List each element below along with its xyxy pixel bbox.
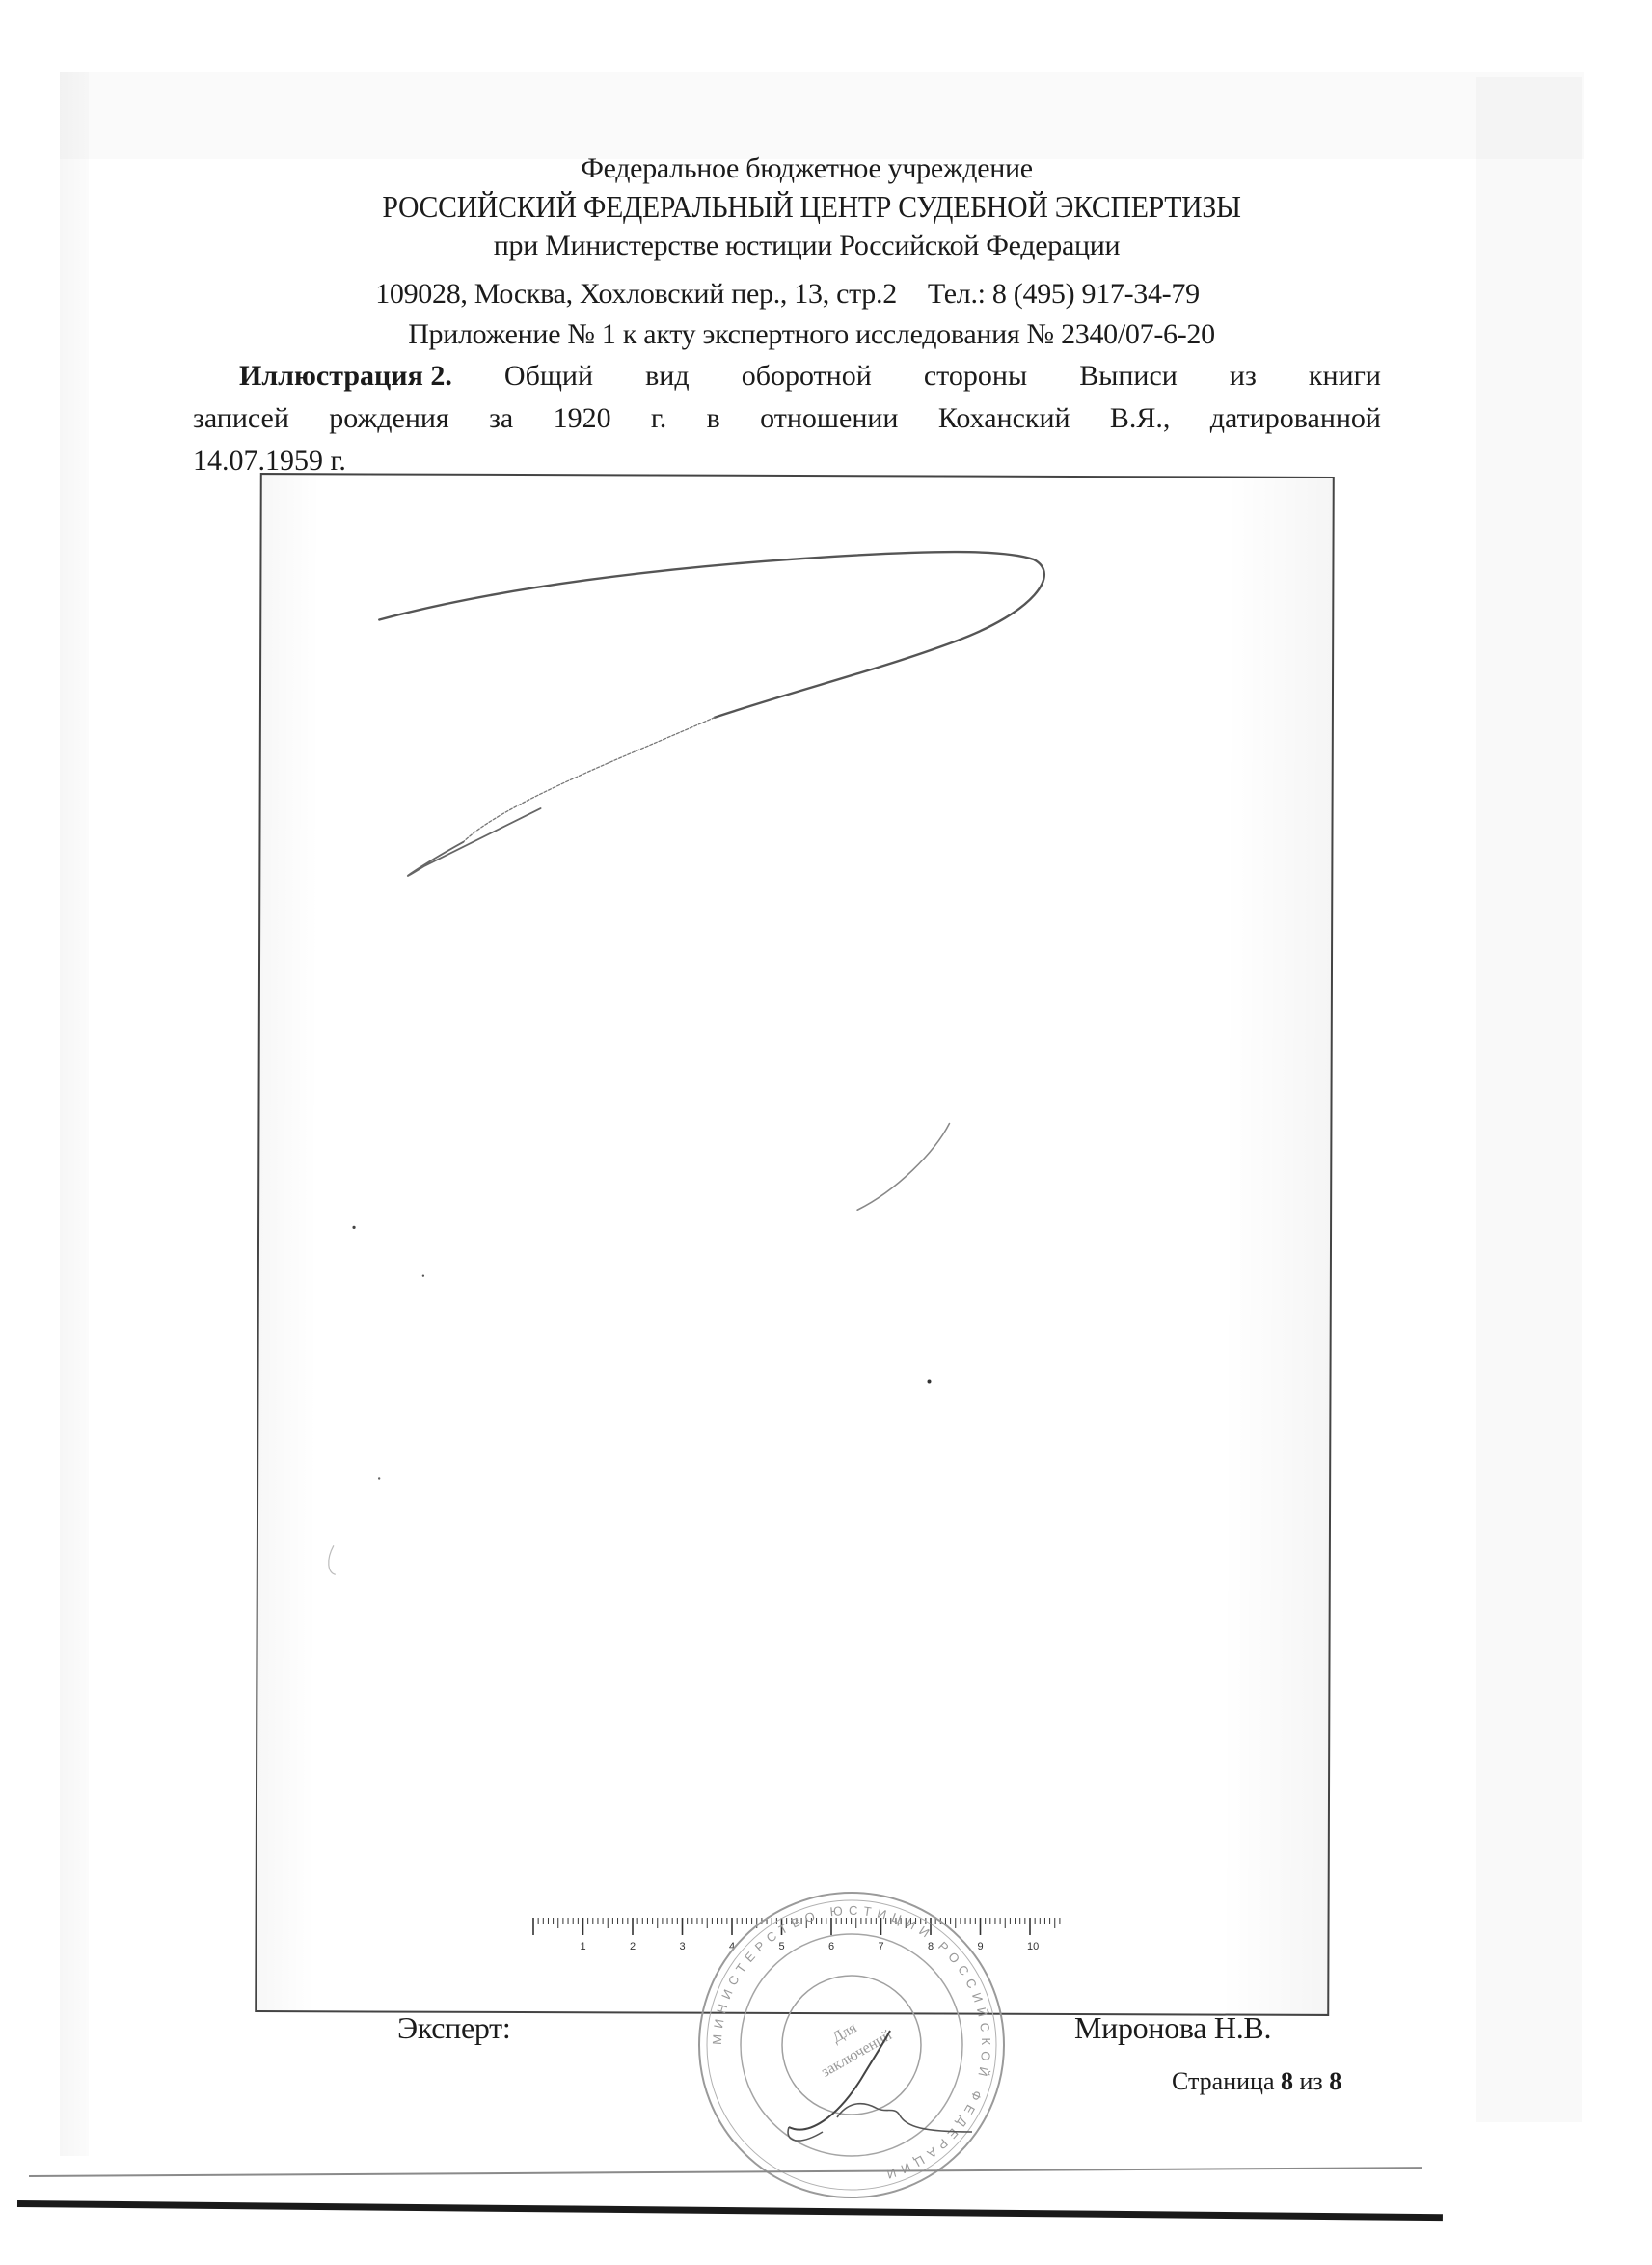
- ministry-line: при Министерстве юстиции Российской Феде…: [0, 230, 1633, 262]
- caption-word: Общий: [504, 355, 593, 397]
- caption-word: отношении: [760, 397, 898, 440]
- phone: Тел.: 8 (495) 917-34-79: [928, 278, 1200, 310]
- expert-name: Миронова Н.В.: [1074, 2010, 1271, 2046]
- ruler-label: 2: [630, 1941, 636, 1952]
- caption-line-2: записейрожденияза1920г.вотношенииКоханск…: [193, 397, 1381, 440]
- caption-word: в: [707, 397, 720, 440]
- caption-word: г.: [651, 397, 666, 440]
- svg-text:Для: Для: [829, 2019, 860, 2046]
- contact-line: 109028, Москва, Хохловский пер., 13, стр…: [0, 278, 1613, 311]
- caption-lead: Иллюстрация 2.: [239, 355, 452, 397]
- caption-word: оборотной: [742, 355, 872, 397]
- official-seal-stamp: МИНИСТЕРСТВО ЮСТИЦИИ РОССИЙСКОЙ ФЕДЕРАЦИ…: [692, 1886, 1011, 2204]
- handwriting-stroke: [257, 475, 1333, 2014]
- caption-word: датированной: [1210, 397, 1381, 440]
- document-scan-frame: [255, 473, 1335, 2016]
- page-prefix: Страница: [1172, 2067, 1275, 2095]
- caption-word: Коханский: [938, 397, 1070, 440]
- caption-word: книги: [1309, 355, 1381, 397]
- address: 109028, Москва, Хохловский пер., 13, стр…: [375, 278, 897, 310]
- caption-word: рождения: [329, 397, 448, 440]
- illustration-caption: Иллюстрация 2. ОбщийвидоборотнойстороныВ…: [193, 355, 1381, 482]
- caption-word: 1920: [554, 397, 611, 440]
- ruler-label: 1: [581, 1941, 586, 1952]
- caption-word: из: [1230, 355, 1257, 397]
- scan-shading: [60, 72, 1584, 159]
- svg-text:МИНИСТЕРСТВО ЮСТИЦИИ РОССИЙСКО: МИНИСТЕРСТВО ЮСТИЦИИ РОССИЙСКОЙ ФЕДЕРАЦИ…: [710, 1903, 993, 2184]
- scan-shading: [1476, 77, 1582, 2122]
- page-total: 8: [1329, 2067, 1341, 2095]
- ruler-label: 3: [680, 1941, 686, 1952]
- page-separator: из: [1300, 2067, 1323, 2095]
- caption-word: записей: [193, 397, 289, 440]
- institution-name: РОССИЙСКИЙ ФЕДЕРАЛЬНЫЙ ЦЕНТР СУДЕБНОЙ ЭК…: [43, 189, 1580, 225]
- page-current: 8: [1281, 2067, 1293, 2095]
- caption-word: за: [489, 397, 513, 440]
- caption-word: стороны: [924, 355, 1027, 397]
- expert-label: Эксперт:: [397, 2010, 510, 2046]
- page-number: Страница 8 из 8: [1172, 2067, 1341, 2096]
- caption-word: Выписи: [1079, 355, 1178, 397]
- appendix-line: Приложение № 1 к акту экспертного исслед…: [0, 318, 1638, 351]
- ruler-label: 10: [1027, 1941, 1039, 1952]
- institution-type: Федеральное бюджетное учреждение: [0, 152, 1633, 185]
- caption-line-1: Иллюстрация 2. ОбщийвидоборотнойстороныВ…: [193, 355, 1381, 397]
- caption-word: В.Я.,: [1110, 397, 1171, 440]
- scan-shading: [60, 72, 89, 2156]
- caption-word: вид: [645, 355, 689, 397]
